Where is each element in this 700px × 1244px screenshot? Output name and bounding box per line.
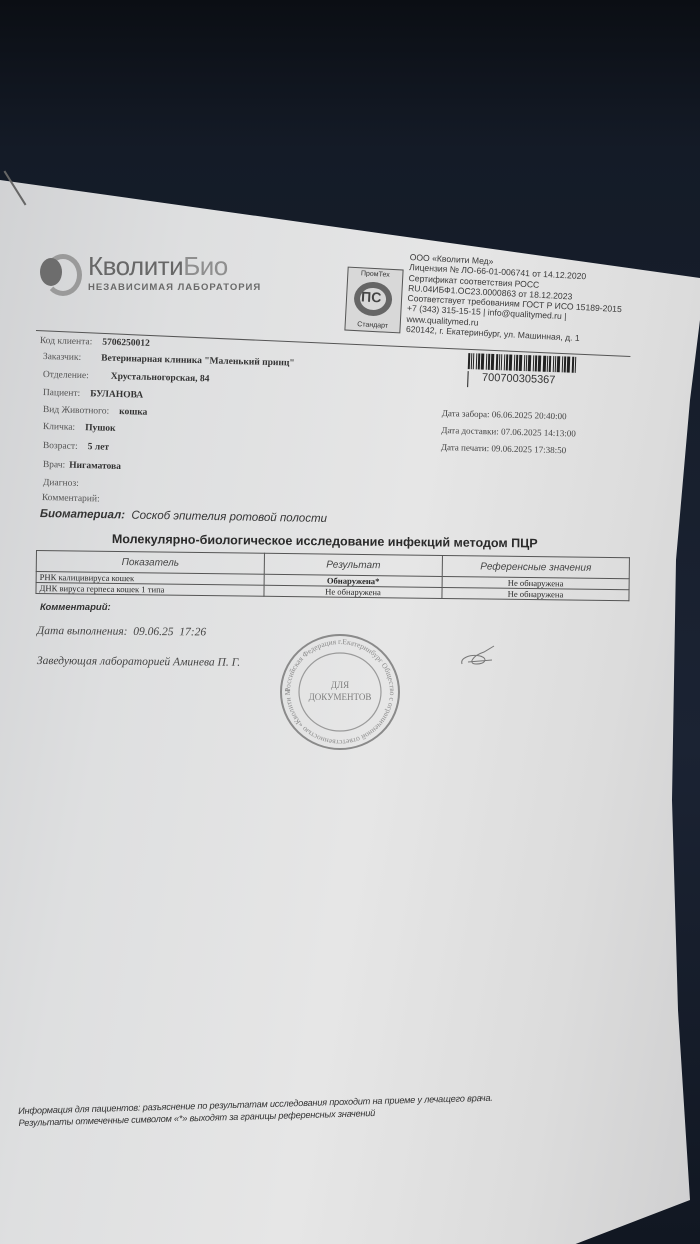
svg-text:ДЛЯ: ДЛЯ — [331, 680, 349, 690]
result-cell: Не обнаружена — [264, 585, 442, 598]
department: Отделение:Хрустальногорская, 84 — [43, 370, 210, 384]
pen-mark — [4, 171, 27, 206]
barcode-number: 700700305367 — [482, 372, 556, 387]
head-of-lab: Заведующая лабораторией Аминева П. Г. — [37, 655, 240, 669]
age: Возраст:5 лет — [43, 441, 109, 453]
table-comment-label: Комментарий: — [40, 602, 111, 613]
logo-icon — [38, 252, 82, 296]
results-table: Показатель Результат Референсные значени… — [35, 550, 629, 601]
svg-text:ДОКУМЕНТОВ: ДОКУМЕНТОВ — [309, 692, 372, 702]
column-header: Показатель — [36, 551, 264, 575]
customer: Заказчик:Ветеринарная клиника "Маленький… — [43, 352, 295, 369]
print-date: Дата печати: 09.06.2025 17:38:50 — [441, 439, 576, 460]
lab-logo: КволитиБио НЕЗАВИСИМАЯ ЛАБОРАТОРИЯ — [38, 252, 261, 296]
patient-info-footer: Информация для пациентов: разъяснение по… — [18, 1092, 493, 1129]
biomaterial: Биоматериал: Соскоб эпителия ротовой пол… — [40, 508, 327, 525]
logo-subtitle: НЕЗАВИСИМАЯ ЛАБОРАТОРИЯ — [88, 282, 261, 293]
sample-dates: Дата забора: 06.06.2025 20:40:00 Дата до… — [441, 405, 577, 460]
pet-name: Кличка:Пушок — [43, 422, 116, 434]
certification-badge-icon: ПромТех ПС Стандарт — [344, 267, 403, 334]
official-stamp-icon: Российская Федерация г.Екатеринбург Обще… — [278, 632, 402, 752]
comment: Комментарий: — [42, 493, 100, 505]
column-header: Референсные значения — [442, 555, 629, 578]
barcode — [468, 353, 578, 373]
indicator-cell: ДНК вируса герпеса кошек 1 типа — [36, 583, 264, 597]
diagnosis: Диагноз: — [43, 478, 79, 489]
completion-date: Дата выполнения: 09.06.25 17:26 — [37, 625, 206, 638]
company-info: ООО «Кволити Мед» Лицензия № ЛО-66-01-00… — [406, 252, 624, 345]
logo-name: КволитиБио — [88, 252, 261, 280]
animal-type: Вид Животного:кошка — [43, 405, 148, 418]
patient: Пациент:БУЛАНОВА — [43, 388, 144, 401]
client-code: Код клиента:5706250012 — [40, 336, 150, 349]
doctor: Врач:Нигаматова — [43, 460, 121, 472]
lab-report: КволитиБио НЕЗАВИСИМАЯ ЛАБОРАТОРИЯ ПромТ… — [0, 0, 700, 1244]
reference-cell: Не обнаружена — [442, 587, 629, 600]
section-title: Молекулярно-биологическое исследование и… — [112, 532, 538, 550]
column-header: Результат — [264, 553, 442, 576]
signature-icon — [458, 644, 498, 670]
